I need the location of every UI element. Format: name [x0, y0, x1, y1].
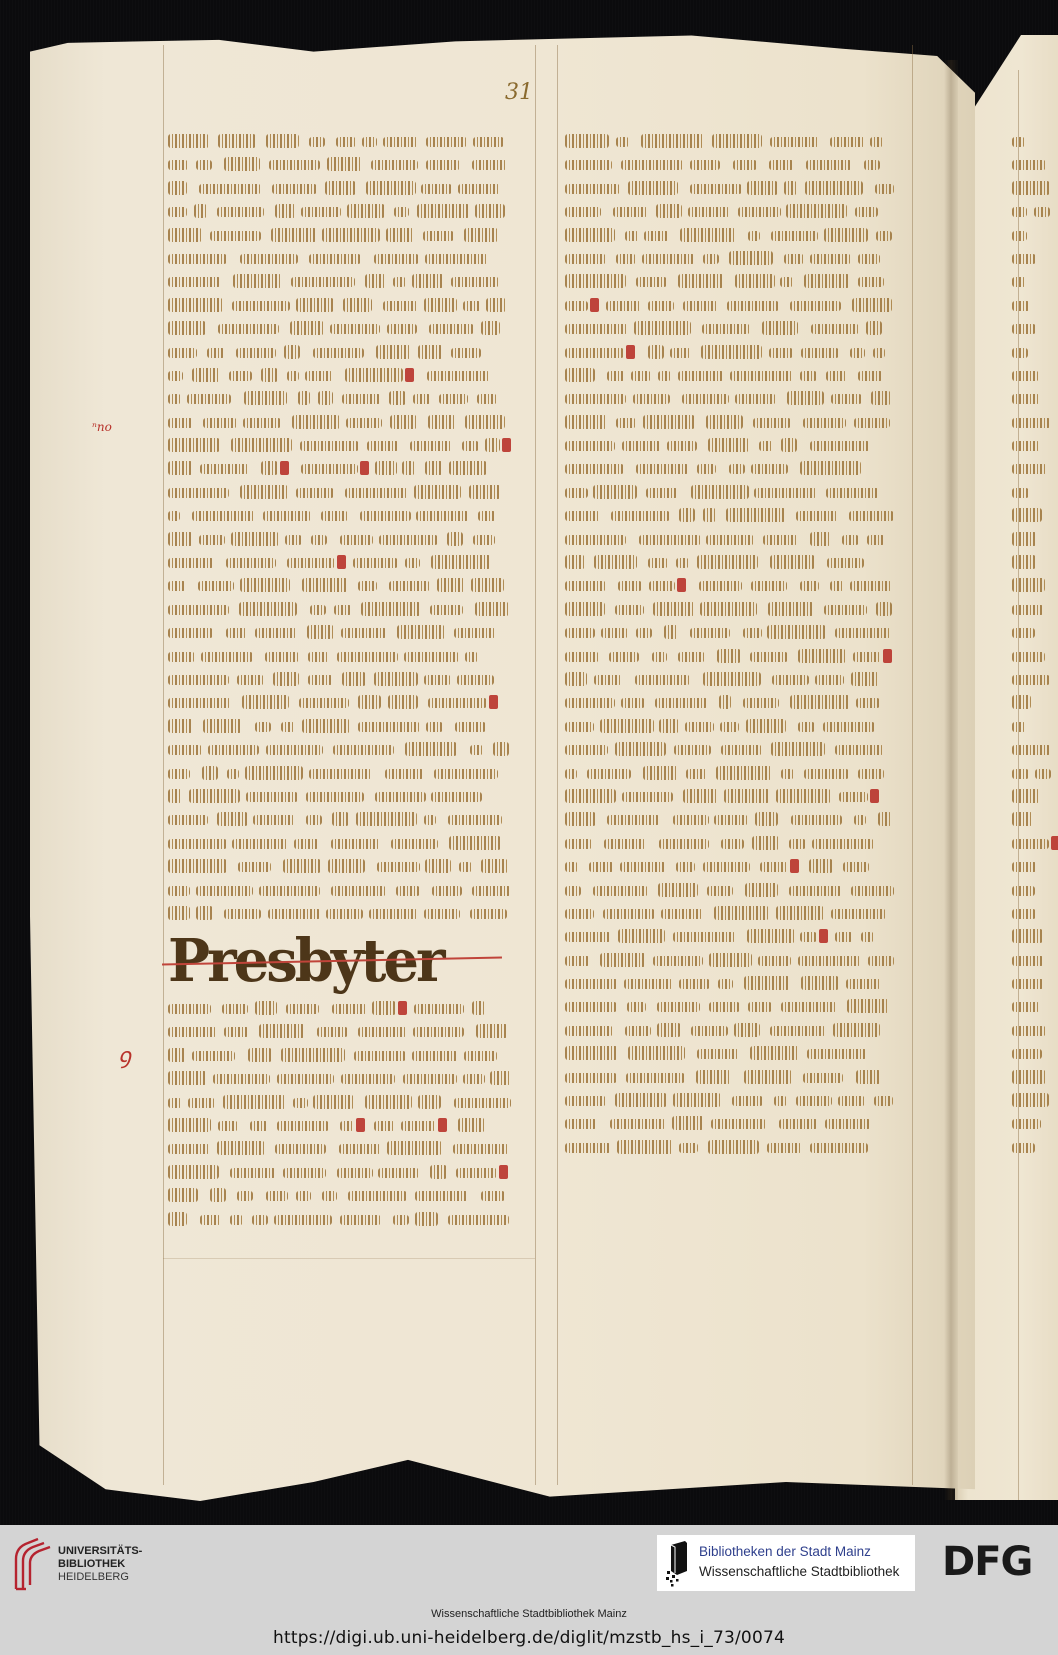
manuscript-line: [565, 715, 900, 738]
manuscript-line: [1012, 1019, 1058, 1042]
manuscript-line: [565, 528, 900, 551]
manuscript-line: [1012, 387, 1058, 410]
manuscript-line: [1012, 668, 1058, 691]
folio-number: 31: [505, 80, 533, 105]
rubric-heading: Presbyter: [168, 930, 508, 992]
manuscript-line: [1012, 785, 1058, 808]
manuscript-line: [1012, 177, 1058, 200]
manuscript-line: [565, 1066, 900, 1089]
manuscript-line: [565, 925, 900, 948]
ruling-line: [912, 45, 913, 1485]
manuscript-line: [1012, 481, 1058, 504]
manuscript-line: [1012, 738, 1058, 761]
manuscript-line: [565, 598, 900, 621]
manuscript-line: [168, 691, 518, 714]
manuscript-line: [1012, 832, 1058, 855]
manuscript-line: [1012, 200, 1058, 223]
manuscript-line: [1012, 621, 1058, 644]
dfg-logo[interactable]: DFG: [942, 1537, 1032, 1587]
manuscript-line: [565, 341, 900, 364]
manuscript-line: [1012, 972, 1058, 995]
manuscript-line: [565, 457, 900, 480]
manuscript-line: [168, 481, 518, 504]
manuscript-line: [565, 247, 900, 270]
manuscript-line: [1012, 574, 1058, 597]
manuscript-line: [1012, 1089, 1058, 1112]
page-fold: [944, 60, 958, 1500]
manuscript-line: [168, 808, 518, 831]
manuscript-line: [168, 1161, 518, 1184]
manuscript-line: [1012, 879, 1058, 902]
manuscript-line: [565, 270, 900, 293]
manuscript-line: [168, 387, 518, 410]
manuscript-line: [565, 762, 900, 785]
manuscript-line: [565, 130, 900, 153]
manuscript-line: [565, 200, 900, 223]
manuscript-line: [565, 504, 900, 527]
manuscript-line: [565, 317, 900, 340]
manuscript-line: [565, 621, 900, 644]
manuscript-line: [565, 1112, 900, 1135]
manuscript-line: [1012, 247, 1058, 270]
manuscript-line: [1012, 1066, 1058, 1089]
manuscript-line: [168, 317, 518, 340]
text-column-left-continued: [168, 997, 518, 1231]
manuscript-line: [1012, 153, 1058, 176]
manuscript-line: [1012, 1042, 1058, 1065]
manuscript-line: [1012, 130, 1058, 153]
manuscript-line: [168, 270, 518, 293]
manuscript-line: [168, 1044, 518, 1067]
manuscript-line: [1012, 598, 1058, 621]
footer: UNIVERSITÄTS- BIBLIOTHEK HEIDELBERG Bibl…: [0, 1525, 1058, 1655]
manuscript-line: [168, 574, 518, 597]
manuscript-line: [565, 691, 900, 714]
ruling-line: [163, 1258, 535, 1259]
manuscript-line: [1012, 341, 1058, 364]
manuscript-line: [1012, 808, 1058, 831]
book-icon: [663, 1541, 693, 1587]
manuscript-line: [1012, 1136, 1058, 1159]
manuscript-line: [565, 972, 900, 995]
ub-heidelberg-logo[interactable]: UNIVERSITÄTS- BIBLIOTHEK HEIDELBERG: [12, 1537, 142, 1592]
manuscript-line: [565, 855, 900, 878]
manuscript-line: [565, 1042, 900, 1065]
manuscript-line: [565, 645, 900, 668]
text-column-left: [168, 130, 518, 925]
manuscript-line: [1012, 317, 1058, 340]
manuscript-line: [168, 762, 518, 785]
manuscript-line: [1012, 855, 1058, 878]
manuscript-line: [1012, 270, 1058, 293]
manuscript-line: [1012, 995, 1058, 1018]
manuscript-line: [565, 481, 900, 504]
manuscript-line: [565, 551, 900, 574]
manuscript-line: [565, 808, 900, 831]
ub-heidelberg-text: UNIVERSITÄTS- BIBLIOTHEK HEIDELBERG: [58, 1545, 142, 1584]
ruling-line: [557, 45, 558, 1485]
manuscript-line: [1012, 551, 1058, 574]
manuscript-line: [168, 668, 518, 691]
manuscript-line: [565, 411, 900, 434]
manuscript-line: [168, 997, 518, 1020]
text-column-right: [565, 130, 900, 1159]
margin-note-no: ⁿno: [92, 420, 112, 434]
manuscript-line: [168, 364, 518, 387]
manuscript-line: [1012, 645, 1058, 668]
manuscript-line: [168, 1208, 518, 1231]
manuscript-line: [168, 715, 518, 738]
manuscript-line: [1012, 434, 1058, 457]
manuscript-line: [565, 387, 900, 410]
mainz-library-logo[interactable]: Bibliotheken der Stadt Mainz Wissenschaf…: [657, 1535, 915, 1591]
manuscript-line: [168, 902, 518, 925]
permalink-url[interactable]: https://digi.ub.uni-heidelberg.de/diglit…: [0, 1628, 1058, 1648]
manuscript-line: [1012, 691, 1058, 714]
manuscript-line: [168, 1114, 518, 1137]
manuscript-line: [168, 598, 518, 621]
mainz-logo-line-1: Bibliotheken der Stadt Mainz: [699, 1544, 871, 1559]
manuscript-line: [565, 574, 900, 597]
manuscript-scan: 31 Presbyter ⁿno ꝯ: [0, 0, 1058, 1525]
manuscript-line: [565, 294, 900, 317]
manuscript-line: [168, 294, 518, 317]
manuscript-line: [168, 738, 518, 761]
manuscript-line: [168, 551, 518, 574]
holding-institution-credit: Wissenschaftliche Stadtbibliothek Mainz: [0, 1608, 1058, 1620]
manuscript-line: [168, 621, 518, 644]
manuscript-line: [168, 341, 518, 364]
manuscript-line: [168, 785, 518, 808]
manuscript-line: [1012, 294, 1058, 317]
manuscript-line: [565, 153, 900, 176]
manuscript-line: [168, 832, 518, 855]
manuscript-line: [168, 1067, 518, 1090]
manuscript-line: [168, 879, 518, 902]
ruling-line: [163, 45, 164, 1485]
manuscript-line: [1012, 364, 1058, 387]
manuscript-line: [1012, 925, 1058, 948]
ruling-line: [535, 45, 536, 1485]
ub-heidelberg-mark-icon: [12, 1537, 52, 1591]
ub-line-2: BIBLIOTHEK: [58, 1558, 142, 1571]
manuscript-line: [565, 177, 900, 200]
ub-line-3: HEIDELBERG: [58, 1571, 142, 1584]
manuscript-line: [168, 130, 518, 153]
manuscript-line: [1012, 457, 1058, 480]
manuscript-line: [565, 785, 900, 808]
mainz-logo-line-2: Wissenschaftliche Stadtbibliothek: [699, 1564, 899, 1579]
manuscript-line: [565, 434, 900, 457]
manuscript-line: [1012, 504, 1058, 527]
manuscript-line: [565, 1019, 900, 1042]
manuscript-line: [1012, 715, 1058, 738]
manuscript-line: [168, 1137, 518, 1160]
manuscript-line: [168, 153, 518, 176]
manuscript-line: [168, 855, 518, 878]
manuscript-line: [168, 411, 518, 434]
manuscript-line: [565, 995, 900, 1018]
manuscript-line: [168, 1020, 518, 1043]
manuscript-line: [168, 1184, 518, 1207]
facing-page-text: [1012, 130, 1058, 1159]
manuscript-line: [168, 434, 518, 457]
manuscript-line: [565, 879, 900, 902]
manuscript-line: [1012, 949, 1058, 972]
manuscript-line: [565, 949, 900, 972]
manuscript-line: [565, 1136, 900, 1159]
manuscript-line: [1012, 224, 1058, 247]
manuscript-line: [168, 457, 518, 480]
manuscript-line: [565, 1089, 900, 1112]
manuscript-line: [1012, 762, 1058, 785]
manuscript-line: [1012, 1112, 1058, 1135]
manuscript-line: [168, 504, 518, 527]
manuscript-line: [168, 224, 518, 247]
manuscript-line: [168, 528, 518, 551]
manuscript-line: [565, 364, 900, 387]
manuscript-line: [168, 200, 518, 223]
manuscript-line: [1012, 411, 1058, 434]
manuscript-line: [168, 177, 518, 200]
margin-note-con: ꝯ: [118, 1040, 131, 1070]
manuscript-line: [565, 668, 900, 691]
manuscript-line: [1012, 902, 1058, 925]
manuscript-line: [565, 832, 900, 855]
ub-line-1: UNIVERSITÄTS-: [58, 1545, 142, 1558]
manuscript-line: [565, 902, 900, 925]
manuscript-line: [565, 224, 900, 247]
manuscript-line: [565, 738, 900, 761]
manuscript-line: [168, 1091, 518, 1114]
manuscript-line: [168, 247, 518, 270]
manuscript-line: [168, 645, 518, 668]
manuscript-line: [1012, 528, 1058, 551]
